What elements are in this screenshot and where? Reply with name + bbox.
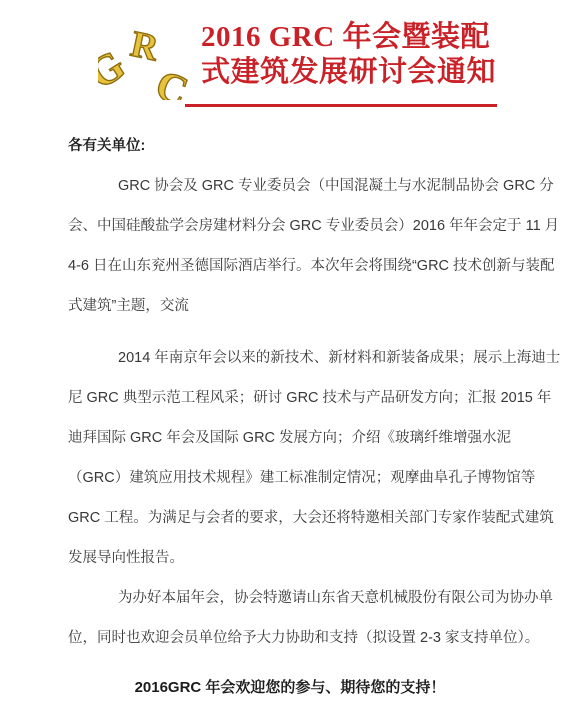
closing-slogan: 2016GRC 年会欢迎您的参与、期待您的支持！	[68, 668, 512, 708]
title-underline-rule	[185, 104, 497, 107]
document-header: G R C 2016 GRC 年会暨装配 式建筑发展研讨会通知	[98, 20, 496, 100]
para2-line-2: 尼 GRC 典型示范工程风采；研讨 GRC 技术与产品研发方向；汇报 2015 …	[68, 378, 512, 418]
svg-text:R: R	[127, 24, 163, 70]
para1-line-3: 4-6 日在山东兖州圣德国际酒店举行。本次年会将围绕“GRC 技术创新与装配	[68, 246, 512, 286]
grc-logo-icon: G R C	[98, 20, 193, 100]
para3-line-2: 位，同时也欢迎会员单位给予大力协助和支持（拟设置 2-3 家支持单位）。	[68, 618, 512, 658]
salutation: 各有关单位:	[68, 126, 512, 166]
paragraph-3: 为办好本届年会，协会特邀请山东省天意机械股份有限公司为协办单 位，同时也欢迎会员…	[68, 578, 512, 658]
para1-line-2: 会、中国硅酸盐学会房建材料分会 GRC 专业委员会）2016 年年会定于 11 …	[68, 206, 512, 246]
svg-text:G: G	[98, 42, 133, 98]
svg-text:C: C	[150, 62, 193, 100]
para2-line-5: GRC 工程。为满足与会者的要求，大会还将特邀相关部门专家作装配式建筑	[68, 498, 512, 538]
title-line-2: 式建筑发展研讨会通知	[201, 55, 496, 90]
para2-line-4: （GRC）建筑应用技术规程》建工标准制定情况；观摩曲阜孔子博物馆等	[68, 458, 512, 498]
document-title: 2016 GRC 年会暨装配 式建筑发展研讨会通知	[201, 20, 496, 90]
document-page: G R C 2016 GRC 年会暨装配 式建筑发展研讨会通知 各有关单位: G…	[0, 0, 579, 714]
para2-line-1: 2014 年南京年会以来的新技术、新材料和新装备成果；展示上海迪士	[68, 338, 512, 378]
para2-line-6: 发展导向性报告。	[68, 538, 512, 578]
paragraph-2: 2014 年南京年会以来的新技术、新材料和新装备成果；展示上海迪士 尼 GRC …	[68, 338, 512, 578]
para3-line-1: 为办好本届年会，协会特邀请山东省天意机械股份有限公司为协办单	[68, 578, 512, 618]
para1-line-1: GRC 协会及 GRC 专业委员会（中国混凝土与水泥制品协会 GRC 分	[68, 166, 512, 206]
paragraph-1: GRC 协会及 GRC 专业委员会（中国混凝土与水泥制品协会 GRC 分 会、中…	[68, 166, 512, 326]
para2-line-3: 迪拜国际 GRC 年会及国际 GRC 发展方向；介绍《玻璃纤维增强水泥	[68, 418, 512, 458]
para1-line-4: 式建筑”主题，交流	[68, 286, 512, 326]
title-line-1: 2016 GRC 年会暨装配	[201, 20, 496, 55]
document-body: 各有关单位: GRC 协会及 GRC 专业委员会（中国混凝土与水泥制品协会 GR…	[68, 126, 512, 708]
